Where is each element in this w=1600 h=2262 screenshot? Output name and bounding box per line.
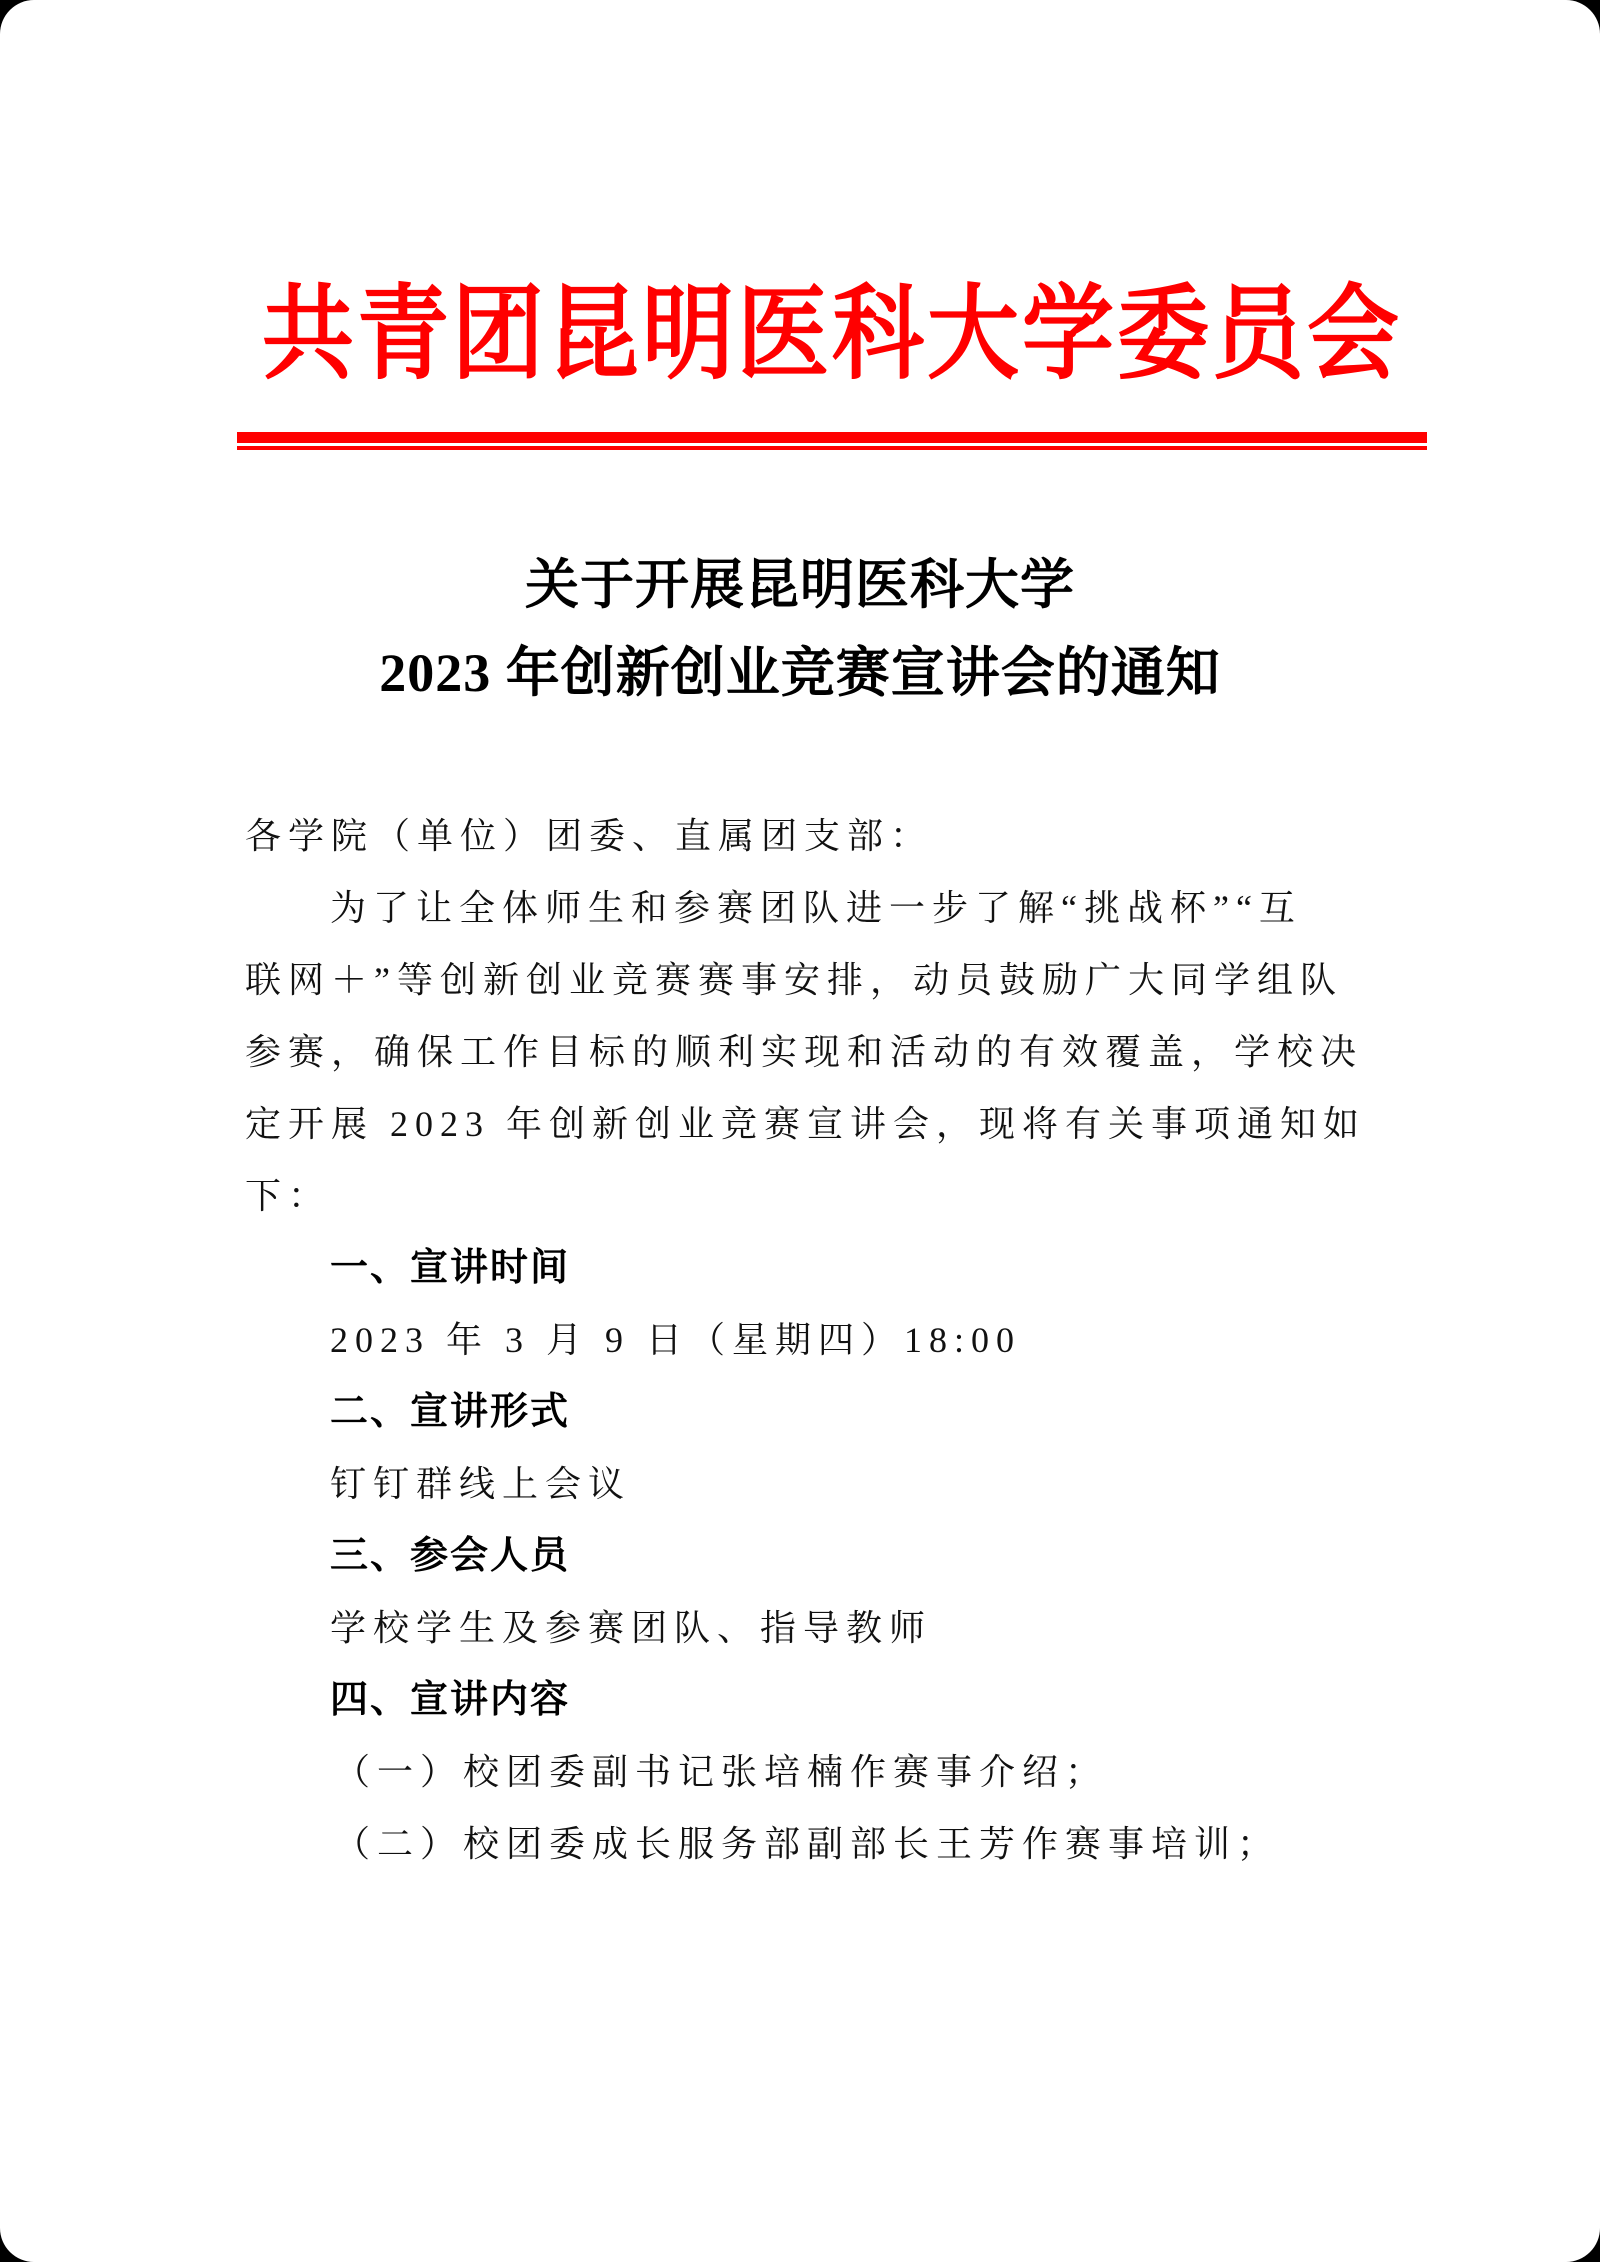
section-heading-time: 一、宣讲时间: [330, 1244, 570, 1292]
masthead-red-rule-thick: [237, 432, 1427, 443]
intro-paragraph-line: 下：: [245, 1172, 331, 1220]
section-content-item: （一）校团委副书记张培楠作赛事介绍；: [334, 1748, 1108, 1796]
intro-paragraph-line: 定开展 2023 年创新创业竞赛宣讲会，现将有关事项通知如: [245, 1100, 1366, 1148]
notice-title-line-1: 关于开展昆明医科大学: [0, 550, 1600, 620]
masthead-red-rule-thin: [237, 446, 1427, 450]
section-content-format: 钉钉群线上会议: [330, 1460, 631, 1508]
masthead-org-name: 共青团昆明医科大学委员会: [237, 262, 1427, 403]
intro-paragraph-line: 为了让全体师生和参赛团队进一步了解“挑战杯”“互: [330, 884, 1302, 932]
document-page: 共青团昆明医科大学委员会 关于开展昆明医科大学 2023 年创新创业竞赛宣讲会的…: [0, 0, 1600, 2262]
intro-paragraph-line: 联网＋”等创新创业竞赛赛事安排，动员鼓励广大同学组队: [245, 956, 1343, 1004]
intro-paragraph-line: 参赛，确保工作目标的顺利实现和活动的有效覆盖，学校决: [245, 1028, 1363, 1076]
section-content-time: 2023 年 3 月 9 日（星期四）18:00: [330, 1316, 1021, 1364]
notice-title-line-2: 2023 年创新创业竞赛宣讲会的通知: [0, 638, 1600, 708]
section-content-item: （二）校团委成长服务部副部长王芳作赛事培训；: [334, 1820, 1280, 1868]
section-heading-content: 四、宣讲内容: [330, 1676, 570, 1724]
section-heading-attendees: 三、参会人员: [330, 1532, 570, 1580]
salutation: 各学院（单位）团委、直属团支部：: [245, 812, 933, 860]
section-heading-format: 二、宣讲形式: [330, 1388, 570, 1436]
section-content-attendees: 学校学生及参赛团队、指导教师: [330, 1604, 932, 1652]
